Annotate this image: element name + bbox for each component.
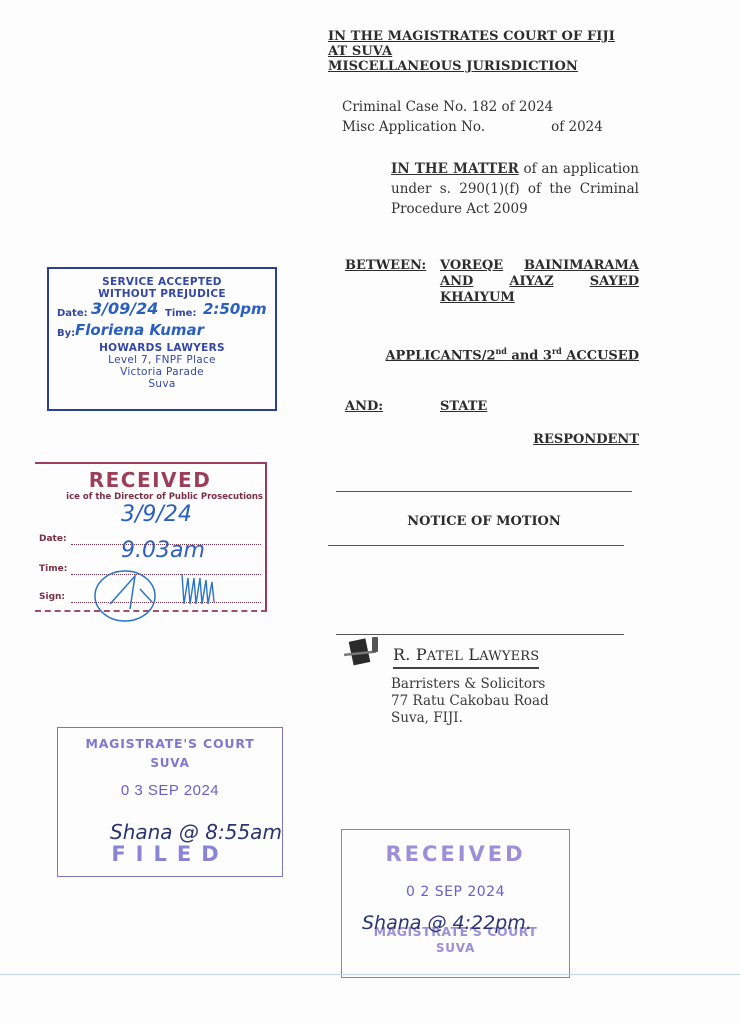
scan-artifact-line: [0, 974, 740, 975]
service-by-label: By:: [57, 328, 75, 339]
firm-name: R. PATEL LAWYERS: [393, 645, 539, 669]
service-firm-line-2: Level 7, FNPF Place: [49, 354, 275, 366]
party-word: AIYAZ: [509, 274, 553, 290]
case-numbers: Criminal Case No. 182 of 2024 Misc Appli…: [342, 97, 603, 137]
filed-stamp-status: FILED: [58, 842, 282, 866]
service-stamp-line-2: WITHOUT PREJUDICE: [49, 288, 275, 300]
filed-stamp-line-2: SUVA: [58, 756, 282, 770]
service-by-value: Floriena Kumar: [75, 321, 204, 339]
dpp-date-label: Date:: [39, 534, 67, 544]
dpp-time-label: Time:: [39, 564, 67, 574]
received-stamp-title: RECEIVED: [342, 842, 569, 866]
service-date-label: Date:: [57, 308, 88, 319]
misc-application-suffix: of 2024: [551, 119, 603, 135]
court-received-stamp: RECEIVED 0 2 SEP 2024 Shana @ 4:22pm. MA…: [341, 829, 570, 978]
dpp-stamp-subtitle: ice of the Director of Public Prosecutio…: [35, 492, 263, 502]
firm-name-part-1: R. P: [393, 645, 427, 664]
court-header-line-2: AT SUVA: [328, 44, 615, 59]
service-time-value: 2:50pm: [203, 300, 267, 318]
received-stamp-line-2: SUVA: [342, 941, 569, 955]
party-line-3-text: KHAIYUM: [440, 290, 515, 305]
court-header-line-1: IN THE MAGISTRATES COURT OF FIJI: [328, 29, 615, 44]
and-party-value: STATE: [440, 399, 487, 414]
party-word: SAYED: [590, 274, 639, 290]
service-accepted-stamp: SERVICE ACCEPTED WITHOUT PREJUDICE Date:…: [47, 267, 277, 411]
received-handwritten-note: Shana @ 4:22pm.: [362, 912, 532, 934]
applicants-label: APPLICANTS/2nd and 3rd ACCUSED: [385, 346, 639, 363]
firm-address-line-1: Barristers & Solicitors: [391, 676, 549, 693]
dpp-date-value: 3/9/24: [121, 502, 192, 527]
filed-stamp-line-1: MAGISTRATE'S COURT: [58, 736, 282, 751]
service-firm-line-4: Suva: [49, 378, 275, 390]
service-stamp-by-row: By: Floriena Kumar: [53, 320, 275, 340]
criminal-case-number: Criminal Case No. 182 of 2024: [342, 97, 603, 117]
service-stamp-line-1: SERVICE ACCEPTED: [49, 276, 275, 288]
service-firm-line-1: HOWARDS LAWYERS: [49, 342, 275, 354]
applicants-mid: and 3: [507, 348, 552, 363]
dpp-time-value: 9.03am: [121, 538, 205, 563]
service-time-label: Time:: [165, 308, 196, 319]
party-line-2: ANDAIYAZSAYED: [440, 274, 639, 290]
firm-address-line-2: 77 Ratu Cakobau Road: [391, 693, 549, 710]
applicants-suffix: ACCUSED: [562, 348, 639, 363]
matter-paragraph: IN THE MATTER of an application under s.…: [391, 159, 639, 219]
dpp-received-stamp: RECEIVED ice of the Director of Public P…: [35, 462, 267, 612]
court-header-line-3: MISCELLANEOUS JURISDICTION: [328, 59, 615, 74]
applicants-prefix: APPLICANTS/2: [385, 348, 495, 363]
firm-name-part-2: ATEL: [427, 649, 463, 664]
dpp-sign-label: Sign:: [39, 592, 65, 602]
applicants-sup-1: nd: [495, 346, 506, 356]
applicants-sup-2: rd: [552, 346, 562, 356]
firm-address: Barristers & Solicitors 77 Ratu Cakobau …: [391, 676, 549, 727]
received-stamp-date: 0 2 SEP 2024: [342, 884, 569, 900]
court-filed-stamp: MAGISTRATE'S COURT SUVA 0 3 SEP 2024 Sha…: [57, 727, 283, 877]
filed-handwritten-note: Shana @ 8:55am: [110, 820, 282, 844]
divider-middle: [328, 545, 624, 546]
party-word: VOREQE: [440, 258, 503, 274]
between-parties: VOREQEBAINIMARAMA ANDAIYAZSAYED KHAIYUM: [440, 258, 639, 306]
and-label: AND:: [345, 399, 383, 414]
service-stamp-date-row: Date: 3/09/24 Time: 2:50pm: [53, 300, 275, 320]
firm-name-part-3: L: [463, 645, 479, 664]
misc-application-prefix: Misc Application No.: [342, 119, 485, 135]
gavel-book-logo-icon: [342, 634, 386, 670]
dpp-stamp-title: RECEIVED: [35, 468, 265, 492]
firm-address-line-3: Suva, FIJI.: [391, 710, 549, 727]
firm-name-part-4: AWYERS: [479, 649, 539, 664]
party-word: BAINIMARAMA: [524, 258, 639, 274]
court-header: IN THE MAGISTRATES COURT OF FIJI AT SUVA…: [328, 29, 615, 74]
service-date-value: 3/09/24: [91, 299, 158, 318]
party-line-3: KHAIYUM: [440, 290, 639, 306]
service-firm-line-3: Victoria Parade: [49, 366, 275, 378]
respondent-label: RESPONDENT: [533, 432, 639, 447]
signature-icon: [90, 564, 250, 624]
filed-stamp-date: 0 3 SEP 2024: [58, 782, 282, 799]
document-title: NOTICE OF MOTION: [336, 514, 632, 529]
misc-application-number: Misc Application No.of 2024: [342, 117, 603, 137]
party-word: AND: [440, 274, 473, 290]
between-label: BETWEEN:: [345, 258, 426, 273]
party-line-1: VOREQEBAINIMARAMA: [440, 258, 639, 274]
matter-lead: IN THE MATTER: [391, 161, 519, 177]
divider-top: [336, 491, 632, 492]
